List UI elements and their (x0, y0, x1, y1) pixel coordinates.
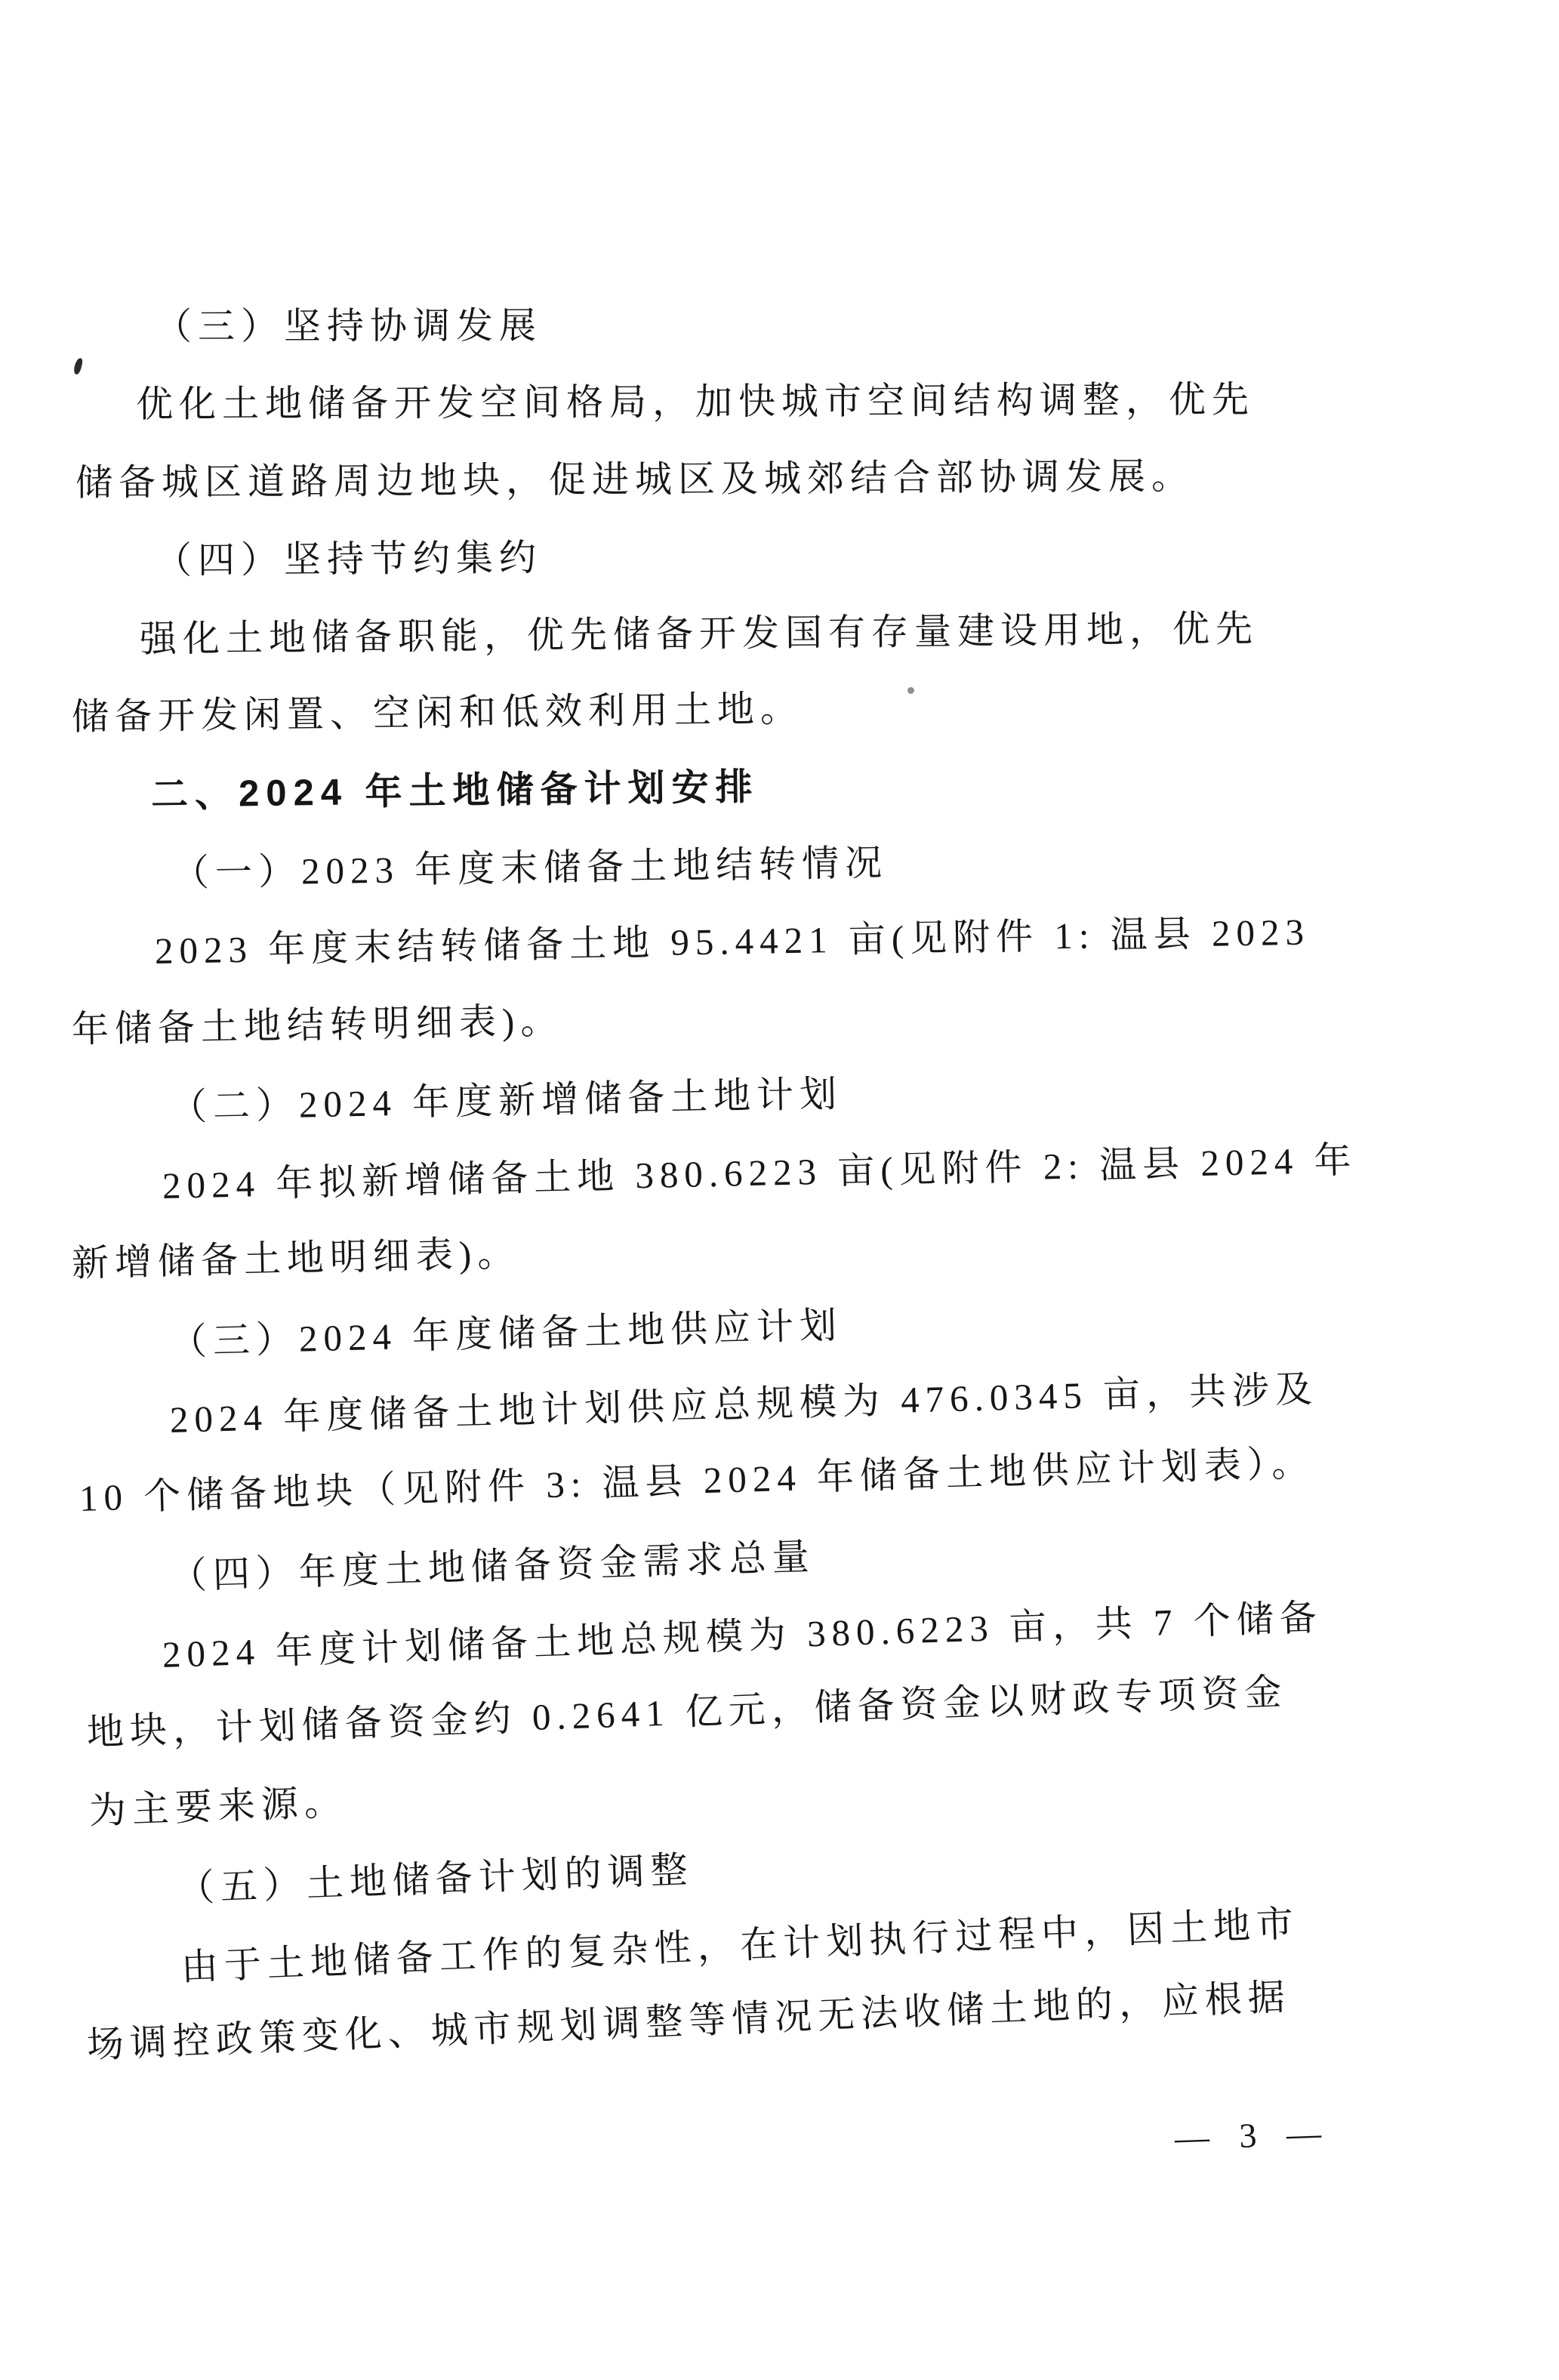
paragraph-line: 强化土地储备职能，优先储备开发国有存量建设用地，优先 (140, 606, 1259, 662)
section-heading: （四）坚持节约集约 (155, 535, 542, 584)
paragraph-line: 新增储备土地明细表)。 (71, 1231, 521, 1287)
section-heading: （三）坚持协调发展 (155, 304, 542, 350)
paragraph-line: 2024 年度计划储备土地总规模为 380.6223 亩，共 7 个储备 (162, 1595, 1323, 1678)
section-heading: （二）2024 年度新增储备土地计划 (169, 1071, 843, 1130)
scan-artifact (72, 357, 83, 375)
paragraph-line: 2024 年拟新增储备土地 380.6223 亩(见附件 2: 温县 2024 … (162, 1137, 1357, 1209)
paragraph-line: 10 个储备地块（见附件 3: 温县 2024 年储备土地供应计划表）。 (79, 1441, 1315, 1521)
section-heading: （四）年度土地储备资金需求总量 (169, 1534, 815, 1599)
document-page: （三）坚持协调发展 优化土地储备开发空间格局，加快城市空间结构调整，优先 储备城… (0, 0, 1559, 2380)
paragraph-line: 2023 年度末结转储备土地 95.4421 亩(见附件 1: 温县 2023 (155, 910, 1311, 974)
section-heading: （三）2024 年度储备土地供应计划 (169, 1303, 843, 1365)
paragraph-line: 由于土地储备工作的复杂性，在计划执行过程中，因土地市 (180, 1901, 1300, 1990)
paragraph-line: 为主要来源。 (88, 1780, 348, 1834)
paragraph-line: 储备开发闲置、空闲和低效利用土地。 (72, 686, 804, 740)
section-heading: （五）土地储备计划的调整 (177, 1847, 695, 1912)
scan-artifact (907, 687, 914, 694)
paragraph-line: 年储备土地结转明细表)。 (71, 998, 563, 1053)
section-heading: （一）2023 年度末储备土地结转情况 (172, 840, 889, 896)
paragraph-line: 2024 年度储备土地计划供应总规模为 476.0345 亩，共涉及 (169, 1367, 1319, 1443)
paragraph-line: 储备城区道路周边地块，促进城区及城郊结合部协调发展。 (75, 454, 1194, 506)
chapter-heading: 二、2024 年土地储备计划安排 (151, 764, 759, 818)
paragraph-line: 场调控政策变化、城市规划调整等情况无法收储土地的，应根据 (86, 1975, 1292, 2068)
page-number: — 3 — (1174, 2113, 1333, 2158)
paragraph-line: 地块，计划储备资金约 0.2641 亿元，储备资金以财政专项资金 (86, 1669, 1288, 1756)
paragraph-line: 优化土地储备开发空间格局，加快城市空间结构调整，优先 (136, 378, 1255, 427)
